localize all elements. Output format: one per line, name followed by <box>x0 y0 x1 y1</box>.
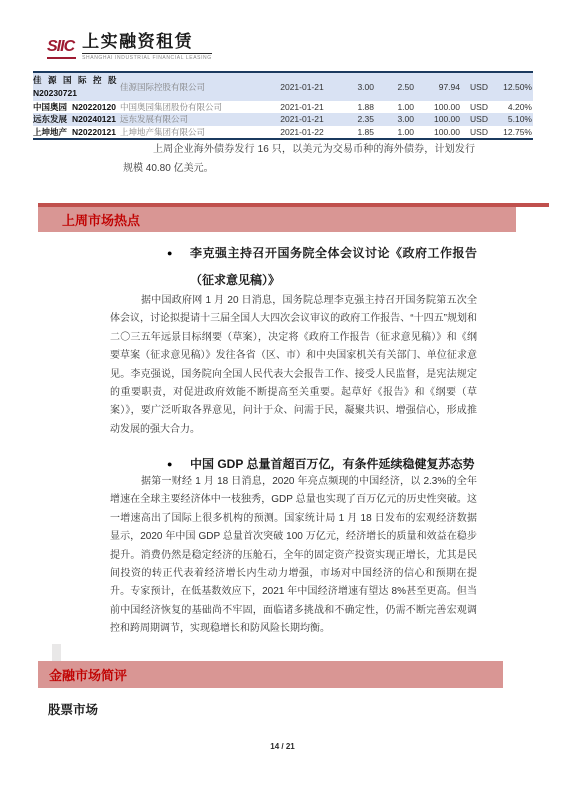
bond-name-cell: 中国奥园N20220120 <box>33 101 120 113</box>
table-row: 佳源国际控股 N20230721 佳源国际控股有限公司 2021-01-21 3… <box>33 73 533 101</box>
article-body: 据中国政府网 1 月 20 日消息，国务院总理李克强主持召开国务院第五次全体会议… <box>110 292 477 439</box>
price-value: 100.00 <box>414 113 460 125</box>
article-headline: ● 李克强主持召开国务院全体会议讨论《政府工作报告（征求意见稿）》 <box>167 240 477 293</box>
bond-code: N20240121 <box>72 114 116 124</box>
size-value: 3.00 <box>374 113 414 125</box>
article-body: 据第一财经 1 月 18 日消息，2020 年亮点频现的中国经济，以 2.3%的… <box>110 473 477 639</box>
issue-date: 2021-01-21 <box>270 81 334 94</box>
section-title: 上周市场热点 <box>62 210 140 229</box>
issuer-company: 上坤地产集团有限公司 <box>120 126 270 138</box>
headline-text: 李克强主持召开国务院全体会议讨论《政府工作报告（征求意见稿）》 <box>190 240 477 293</box>
bond-short-name: 佳源国际控股 <box>33 74 115 87</box>
page-number: 14 / 21 <box>0 742 565 751</box>
currency-value: USD <box>460 101 494 113</box>
tenor-value: 1.85 <box>334 126 374 138</box>
siic-logo-icon: SIIC <box>47 37 76 59</box>
table-row: 上坤地产N20220121 上坤地产集团有限公司 2021-01-22 1.85… <box>33 126 533 138</box>
section-header-market-highlights: 上周市场热点 <box>38 207 516 232</box>
coupon-value: 12.75% <box>494 126 533 138</box>
section-title: 金融市场简评 <box>49 665 127 684</box>
bond-code: N20230721 <box>33 87 120 100</box>
bond-code: N20220121 <box>72 127 116 137</box>
coupon-value: 12.50% <box>494 81 533 94</box>
bond-name-cell: 佳源国际控股 N20230721 <box>33 74 120 100</box>
bond-short-name: 上坤地产 <box>33 127 67 137</box>
size-value: 1.00 <box>374 101 414 113</box>
tenor-value: 3.00 <box>334 81 374 94</box>
currency-value: USD <box>460 81 494 94</box>
bond-short-name: 远东发展 <box>33 114 67 124</box>
issuer-company: 中国奥园集团股份有限公司 <box>120 101 270 113</box>
bond-code: N20220120 <box>72 102 116 112</box>
logo-text-block: 上实融资租赁 SHANGHAI INDUSTRIAL FINANCIAL LEA… <box>82 31 212 61</box>
bond-name-cell: 上坤地产N20220121 <box>33 126 120 138</box>
stock-market-subheading: 股票市场 <box>48 700 98 718</box>
issuer-company: 佳源国际控股有限公司 <box>120 81 270 94</box>
table-row: 远东发展N20240121 远东发展有限公司 2021-01-21 2.35 3… <box>33 113 533 125</box>
bullet-icon: ● <box>167 240 190 293</box>
issue-date: 2021-01-22 <box>270 126 334 138</box>
price-value: 100.00 <box>414 101 460 113</box>
bond-name-cell: 远东发展N20240121 <box>33 113 120 125</box>
report-page: SIIC 上实融资租赁 SHANGHAI INDUSTRIAL FINANCIA… <box>0 0 565 800</box>
currency-value: USD <box>460 113 494 125</box>
logo-company-name: 上实融资租赁 <box>82 31 212 54</box>
size-value: 2.50 <box>374 81 414 94</box>
issuer-company: 远东发展有限公司 <box>120 113 270 125</box>
tenor-value: 2.35 <box>334 113 374 125</box>
coupon-value: 4.20% <box>494 101 533 113</box>
issue-date: 2021-01-21 <box>270 101 334 113</box>
price-value: 97.94 <box>414 81 460 94</box>
coupon-value: 5.10% <box>494 113 533 125</box>
section-header-market-review: 金融市场简评 <box>38 661 503 688</box>
company-logo: SIIC 上实融资租赁 SHANGHAI INDUSTRIAL FINANCIA… <box>47 31 212 61</box>
tenor-value: 1.88 <box>334 101 374 113</box>
logo-caption: SHANGHAI INDUSTRIAL FINANCIAL LEASING <box>82 55 212 61</box>
currency-value: USD <box>460 126 494 138</box>
size-value: 1.00 <box>374 126 414 138</box>
bond-table: 佳源国际控股 N20230721 佳源国际控股有限公司 2021-01-21 3… <box>33 71 533 140</box>
issuance-summary-paragraph: 上周企业海外债券发行 16 只，以美元为交易币种的海外债券，计划发行规模 40.… <box>123 140 475 178</box>
table-row: 中国奥园N20220120 中国奥园集团股份有限公司 2021-01-21 1.… <box>33 101 533 113</box>
price-value: 100.00 <box>414 126 460 138</box>
bond-short-name: 中国奥园 <box>33 102 67 112</box>
issue-date: 2021-01-21 <box>270 113 334 125</box>
